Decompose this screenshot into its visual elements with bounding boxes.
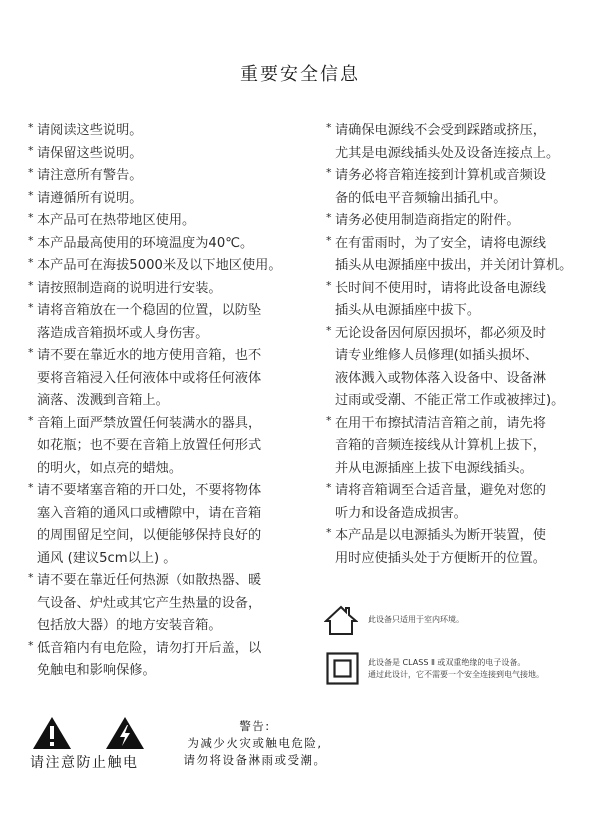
safety-item: *请注意所有警告。 xyxy=(28,165,303,188)
bullet-icon: * xyxy=(28,635,34,658)
safety-item: *请务必将音箱连接到计算机或音频设备的低电平音频输出插孔中。 xyxy=(326,165,586,210)
safety-item: *低音箱内有电危险，请勿打开后盖，以免触电和影响保修。 xyxy=(28,638,303,683)
bullet-icon: * xyxy=(28,275,34,298)
class2-note: 此设备是 CLASS Ⅱ 或双重绝缘的电子设备。 通过此设计，它不需要一个安全连… xyxy=(368,657,544,681)
safety-item-line: 插头从电源插座中拔下。 xyxy=(335,300,586,323)
safety-item: *请不要在靠近水的地方使用音箱，也不要将音箱浸入任何液体中或将任何液体滴落、泼溅… xyxy=(28,345,303,413)
bullet-icon: * xyxy=(28,117,34,140)
safety-item: *请遵循所有说明。 xyxy=(28,188,303,211)
safety-item: *长时间不使用时，请将此设备电源线插头从电源插座中拔下。 xyxy=(326,278,586,323)
safety-item-line: 免触电和影响保修。 xyxy=(37,660,303,683)
indoor-use-note: 此设备只适用于室内环境。 xyxy=(368,614,464,626)
warning-line2: 请勿将设备淋雨或受潮。 xyxy=(170,752,340,769)
safety-item-line: 通风 (建议5cm以上) 。 xyxy=(37,548,303,571)
bullet-icon: * xyxy=(326,410,332,433)
safety-item-line: 请遵循所有说明。 xyxy=(37,188,303,211)
bullet-icon: * xyxy=(28,230,34,253)
safety-item: *请按照制造商的说明进行安装。 xyxy=(28,278,303,301)
safety-item-line: 无论设备因何原因损坏，都必须及时 xyxy=(335,323,586,346)
safety-item-line: 落造成音箱损坏或人身伤害。 xyxy=(37,323,303,346)
bullet-icon: * xyxy=(326,477,332,500)
safety-item-line: 用时应使插头处于方便断开的位置。 xyxy=(335,548,586,571)
bullet-icon: * xyxy=(28,567,34,590)
bullet-icon: * xyxy=(28,185,34,208)
safety-item: *请不要在靠近任何热源（如散热器、暖气设备、炉灶或其它产生热量的设备，包括放大器… xyxy=(28,570,303,638)
safety-item: *在用干布擦拭清洁音箱之前，请先将音箱的音频连接线从计算机上拔下，并从电源插座上… xyxy=(326,413,586,481)
safety-item-line: 包括放大器）的地方安装音箱。 xyxy=(37,615,303,638)
safety-item-line: 请专业维修人员修理(如插头损坏、 xyxy=(335,345,586,368)
safety-item-line: 本产品可在热带地区使用。 xyxy=(37,210,303,233)
safety-item-line: 气设备、炉灶或其它产生热量的设备， xyxy=(37,593,303,616)
safety-item-line: 插头从电源插座中拔出，并关闭计算机。 xyxy=(335,255,586,278)
bullet-icon: * xyxy=(326,275,332,298)
bullet-icon: * xyxy=(28,477,34,500)
bullet-icon: * xyxy=(326,207,332,230)
safety-item: *在有雷雨时，为了安全，请将电源线插头从电源插座中拔出，并关闭计算机。 xyxy=(326,233,586,278)
shock-warning-label: 请注意防止触电 xyxy=(30,752,139,772)
right-safety-list: *请确保电源线不会受到踩踏或挤压，尤其是电源线插头处及设备连接点上。*请务必将音… xyxy=(326,120,586,570)
class2-note-line2: 通过此设计，它不需要一个安全连接到电气接地。 xyxy=(368,669,544,681)
safety-item: *无论设备因何原因损坏，都必须及时请专业维修人员修理(如插头损坏、液体溅入或物体… xyxy=(326,323,586,413)
safety-item-line: 请阅读这些说明。 xyxy=(37,120,303,143)
bullet-icon: * xyxy=(28,207,34,230)
safety-item-line: 低音箱内有电危险，请勿打开后盖，以 xyxy=(37,638,303,661)
safety-item: *请将音箱放在一个稳固的位置，以防坠落造成音箱损坏或人身伤害。 xyxy=(28,300,303,345)
safety-item-line: 过雨或受潮、不能正常工作或被摔过)。 xyxy=(335,390,586,413)
page-title: 重要安全信息 xyxy=(0,60,600,86)
safety-item: *请不要堵塞音箱的开口处，不要将物体塞入音箱的通风口或槽隙中，请在音箱的周围留足… xyxy=(28,480,303,570)
safety-item-line: 尤其是电源线插头处及设备连接点上。 xyxy=(335,143,586,166)
bullet-icon: * xyxy=(326,320,332,343)
safety-item-line: 本产品是以电源插头为断开装置，使 xyxy=(335,525,586,548)
safety-item-line: 本产品最高使用的环境温度为40℃。 xyxy=(37,233,303,256)
bullet-icon: * xyxy=(28,410,34,433)
safety-item-line: 请务必将音箱连接到计算机或音频设 xyxy=(335,165,586,188)
safety-item-line: 如花瓶；也不要在音箱上放置任何形式 xyxy=(37,435,303,458)
bullet-icon: * xyxy=(326,162,332,185)
safety-item-line: 请确保电源线不会受到踩踏或挤压， xyxy=(335,120,586,143)
safety-item-line: 请保留这些说明。 xyxy=(37,143,303,166)
safety-item: *本产品是以电源插头为断开装置，使用时应使插头处于方便断开的位置。 xyxy=(326,525,586,570)
safety-item: *本产品可在热带地区使用。 xyxy=(28,210,303,233)
safety-item: *请确保电源线不会受到踩踏或挤压，尤其是电源线插头处及设备连接点上。 xyxy=(326,120,586,165)
lightning-triangle-icon xyxy=(105,716,145,750)
house-icon xyxy=(324,604,358,636)
warning-notice: 警告: 为减少火灾或触电危险, 请勿将设备淋雨或受潮。 xyxy=(170,718,340,769)
class2-note-line1: 此设备是 CLASS Ⅱ 或双重绝缘的电子设备。 xyxy=(368,657,544,669)
safety-item-line: 滴落、泼溅到音箱上。 xyxy=(37,390,303,413)
bullet-icon: * xyxy=(326,522,332,545)
safety-item-line: 塞入音箱的通风口或槽隙中，请在音箱 xyxy=(37,503,303,526)
safety-item-line: 备的低电平音频输出插孔中。 xyxy=(335,188,586,211)
bullet-icon: * xyxy=(28,297,34,320)
safety-item-line: 并从电源插座上拔下电源线插头。 xyxy=(335,458,586,481)
safety-item-line: 请不要在靠近水的地方使用音箱，也不 xyxy=(37,345,303,368)
safety-item-line: 本产品可在海拔5000米及以下地区使用。 xyxy=(37,255,303,278)
bullet-icon: * xyxy=(326,230,332,253)
safety-item: *请将音箱调至合适音量，避免对您的听力和设备造成损害。 xyxy=(326,480,586,525)
safety-item-line: 请不要堵塞音箱的开口处，不要将物体 xyxy=(37,480,303,503)
safety-item-line: 音箱的音频连接线从计算机上拔下， xyxy=(335,435,586,458)
safety-item-line: 音箱上面严禁放置任何装满水的器具， xyxy=(37,413,303,436)
bullet-icon: * xyxy=(28,140,34,163)
safety-item-line: 的周围留足空间，以便能够保持良好的 xyxy=(37,525,303,548)
safety-item-line: 请将音箱调至合适音量，避免对您的 xyxy=(335,480,586,503)
safety-item: *请保留这些说明。 xyxy=(28,143,303,166)
safety-item-line: 请务必使用制造商指定的附件。 xyxy=(335,210,586,233)
safety-item: *请阅读这些说明。 xyxy=(28,120,303,143)
safety-item-line: 听力和设备造成损害。 xyxy=(335,503,586,526)
safety-item: *本产品可在海拔5000米及以下地区使用。 xyxy=(28,255,303,278)
bullet-icon: * xyxy=(28,342,34,365)
safety-item: *本产品最高使用的环境温度为40℃。 xyxy=(28,233,303,256)
safety-item: *请务必使用制造商指定的附件。 xyxy=(326,210,586,233)
double-square-icon xyxy=(326,652,359,685)
bullet-icon: * xyxy=(28,162,34,185)
safety-item-line: 要将音箱浸入任何液体中或将任何液体 xyxy=(37,368,303,391)
safety-item-line: 的明火，如点亮的蜡烛。 xyxy=(37,458,303,481)
safety-item-line: 请不要在靠近任何热源（如散热器、暖 xyxy=(37,570,303,593)
safety-item-line: 请注意所有警告。 xyxy=(37,165,303,188)
safety-item-line: 在有雷雨时，为了安全，请将电源线 xyxy=(335,233,586,256)
safety-item: *音箱上面严禁放置任何装满水的器具，如花瓶；也不要在音箱上放置任何形式的明火，如… xyxy=(28,413,303,481)
warning-line1: 为减少火灾或触电危险, xyxy=(170,735,340,752)
safety-item-line: 液体溅入或物体落入设备中、设备淋 xyxy=(335,368,586,391)
bullet-icon: * xyxy=(28,252,34,275)
safety-item-line: 在用干布擦拭清洁音箱之前，请先将 xyxy=(335,413,586,436)
safety-item-line: 请将音箱放在一个稳固的位置，以防坠 xyxy=(37,300,303,323)
bullet-icon: * xyxy=(326,117,332,140)
warning-heading: 警告: xyxy=(170,718,340,735)
safety-item-line: 请按照制造商的说明进行安装。 xyxy=(37,278,303,301)
left-safety-list: *请阅读这些说明。*请保留这些说明。*请注意所有警告。*请遵循所有说明。*本产品… xyxy=(28,120,303,683)
exclamation-triangle-icon xyxy=(32,716,72,750)
safety-item-line: 长时间不使用时，请将此设备电源线 xyxy=(335,278,586,301)
